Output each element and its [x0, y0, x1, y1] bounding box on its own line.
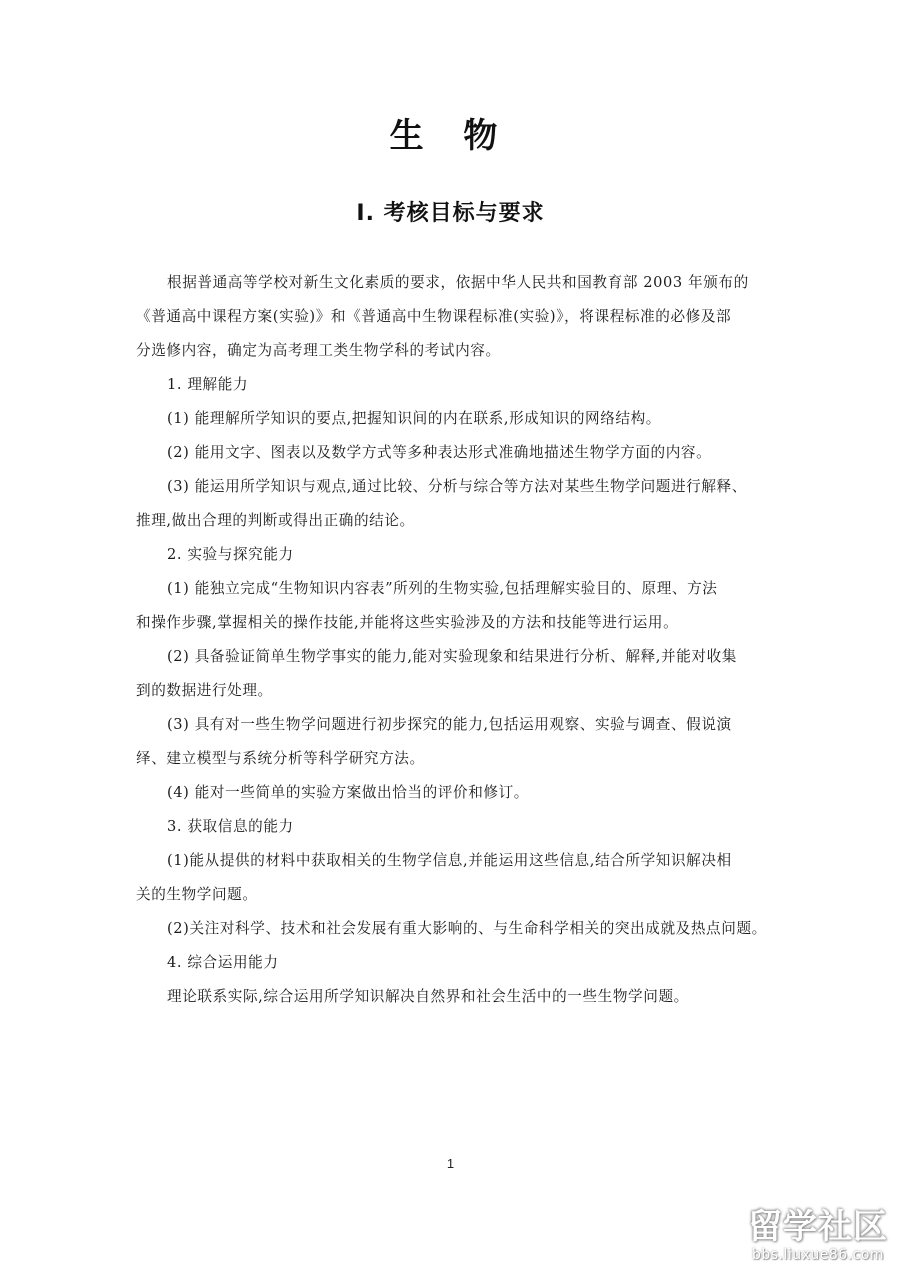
- list-item-1-1: (1) 能理解所学知识的要点,把握知识间的内在联系,形成知识的网络结构。: [136, 402, 768, 436]
- list-item-3-2: (2)关注对科学、技术和社会发展有重大影响的、与生命科学相关的突出成就及热点问题…: [136, 912, 768, 946]
- section-heading: Ⅰ. 考核目标与要求: [0, 196, 901, 227]
- document-title: 生 物: [0, 108, 901, 157]
- list-item-2-2: (2) 具备验证简单生物学事实的能力,能对实验现象和结果进行分析、解释,并能对收…: [136, 640, 768, 674]
- list-item-1-3: (3) 能运用所学知识与观点,通过比较、分析与综合等方法对某些生物学问题进行解释…: [136, 470, 768, 504]
- subheading-experiment: 2. 实验与探究能力: [136, 538, 768, 572]
- application-paragraph: 理论联系实际,综合运用所学知识解决自然界和社会生活中的一些生物学问题。: [136, 980, 768, 1014]
- list-item-1-2: (2) 能用文字、图表以及数学方式等多种表达形式准确地描述生物学方面的内容。: [136, 436, 768, 470]
- intro-paragraph-line-2: 《普通高中课程方案(实验)》和《普通高中生物课程标准(实验)》，将课程标准的必修…: [136, 300, 768, 334]
- watermark-url: bbs.liuxue86.com: [738, 1246, 898, 1264]
- intro-paragraph-line-1: 根据普通高等学校对新生文化素质的要求，依据中华人民共和国教育部 2003 年颁布…: [136, 266, 768, 300]
- list-item-2-1-cont: 和操作步骤,掌握相关的操作技能,并能将这些实验涉及的方法和技能等进行运用。: [136, 606, 768, 640]
- list-item-2-2-cont: 到的数据进行处理。: [136, 674, 768, 708]
- list-item-2-1: (1) 能独立完成“生物知识内容表”所列的生物实验,包括理解实验目的、原理、方法: [136, 572, 768, 606]
- subheading-application: 4. 综合运用能力: [136, 946, 768, 980]
- document-page: 生 物 Ⅰ. 考核目标与要求 根据普通高等学校对新生文化素质的要求，依据中华人民…: [0, 0, 901, 1275]
- subheading-comprehension: 1. 理解能力: [136, 368, 768, 402]
- list-item-2-3: (3) 具有对一些生物学问题进行初步探究的能力,包括运用观察、实验与调查、假说演: [136, 708, 768, 742]
- page-number: 1: [0, 1156, 901, 1171]
- watermark-logo: 留学社区: [738, 1208, 898, 1246]
- watermark: 留学社区 bbs.liuxue86.com: [738, 1208, 898, 1270]
- intro-paragraph-line-3: 分选修内容，确定为高考理工类生物学科的考试内容。: [136, 334, 768, 368]
- list-item-1-3-cont: 推理,做出合理的判断或得出正确的结论。: [136, 504, 768, 538]
- list-item-3-1-cont: 关的生物学问题。: [136, 878, 768, 912]
- subheading-information: 3. 获取信息的能力: [136, 810, 768, 844]
- list-item-3-1: (1)能从提供的材料中获取相关的生物学信息,并能运用这些信息,结合所学知识解决相: [136, 844, 768, 878]
- list-item-2-4: (4) 能对一些简单的实验方案做出恰当的评价和修订。: [136, 776, 768, 810]
- list-item-2-3-cont: 绎、建立模型与系统分析等科学研究方法。: [136, 742, 768, 776]
- document-body: 根据普通高等学校对新生文化素质的要求，依据中华人民共和国教育部 2003 年颁布…: [136, 266, 768, 1014]
